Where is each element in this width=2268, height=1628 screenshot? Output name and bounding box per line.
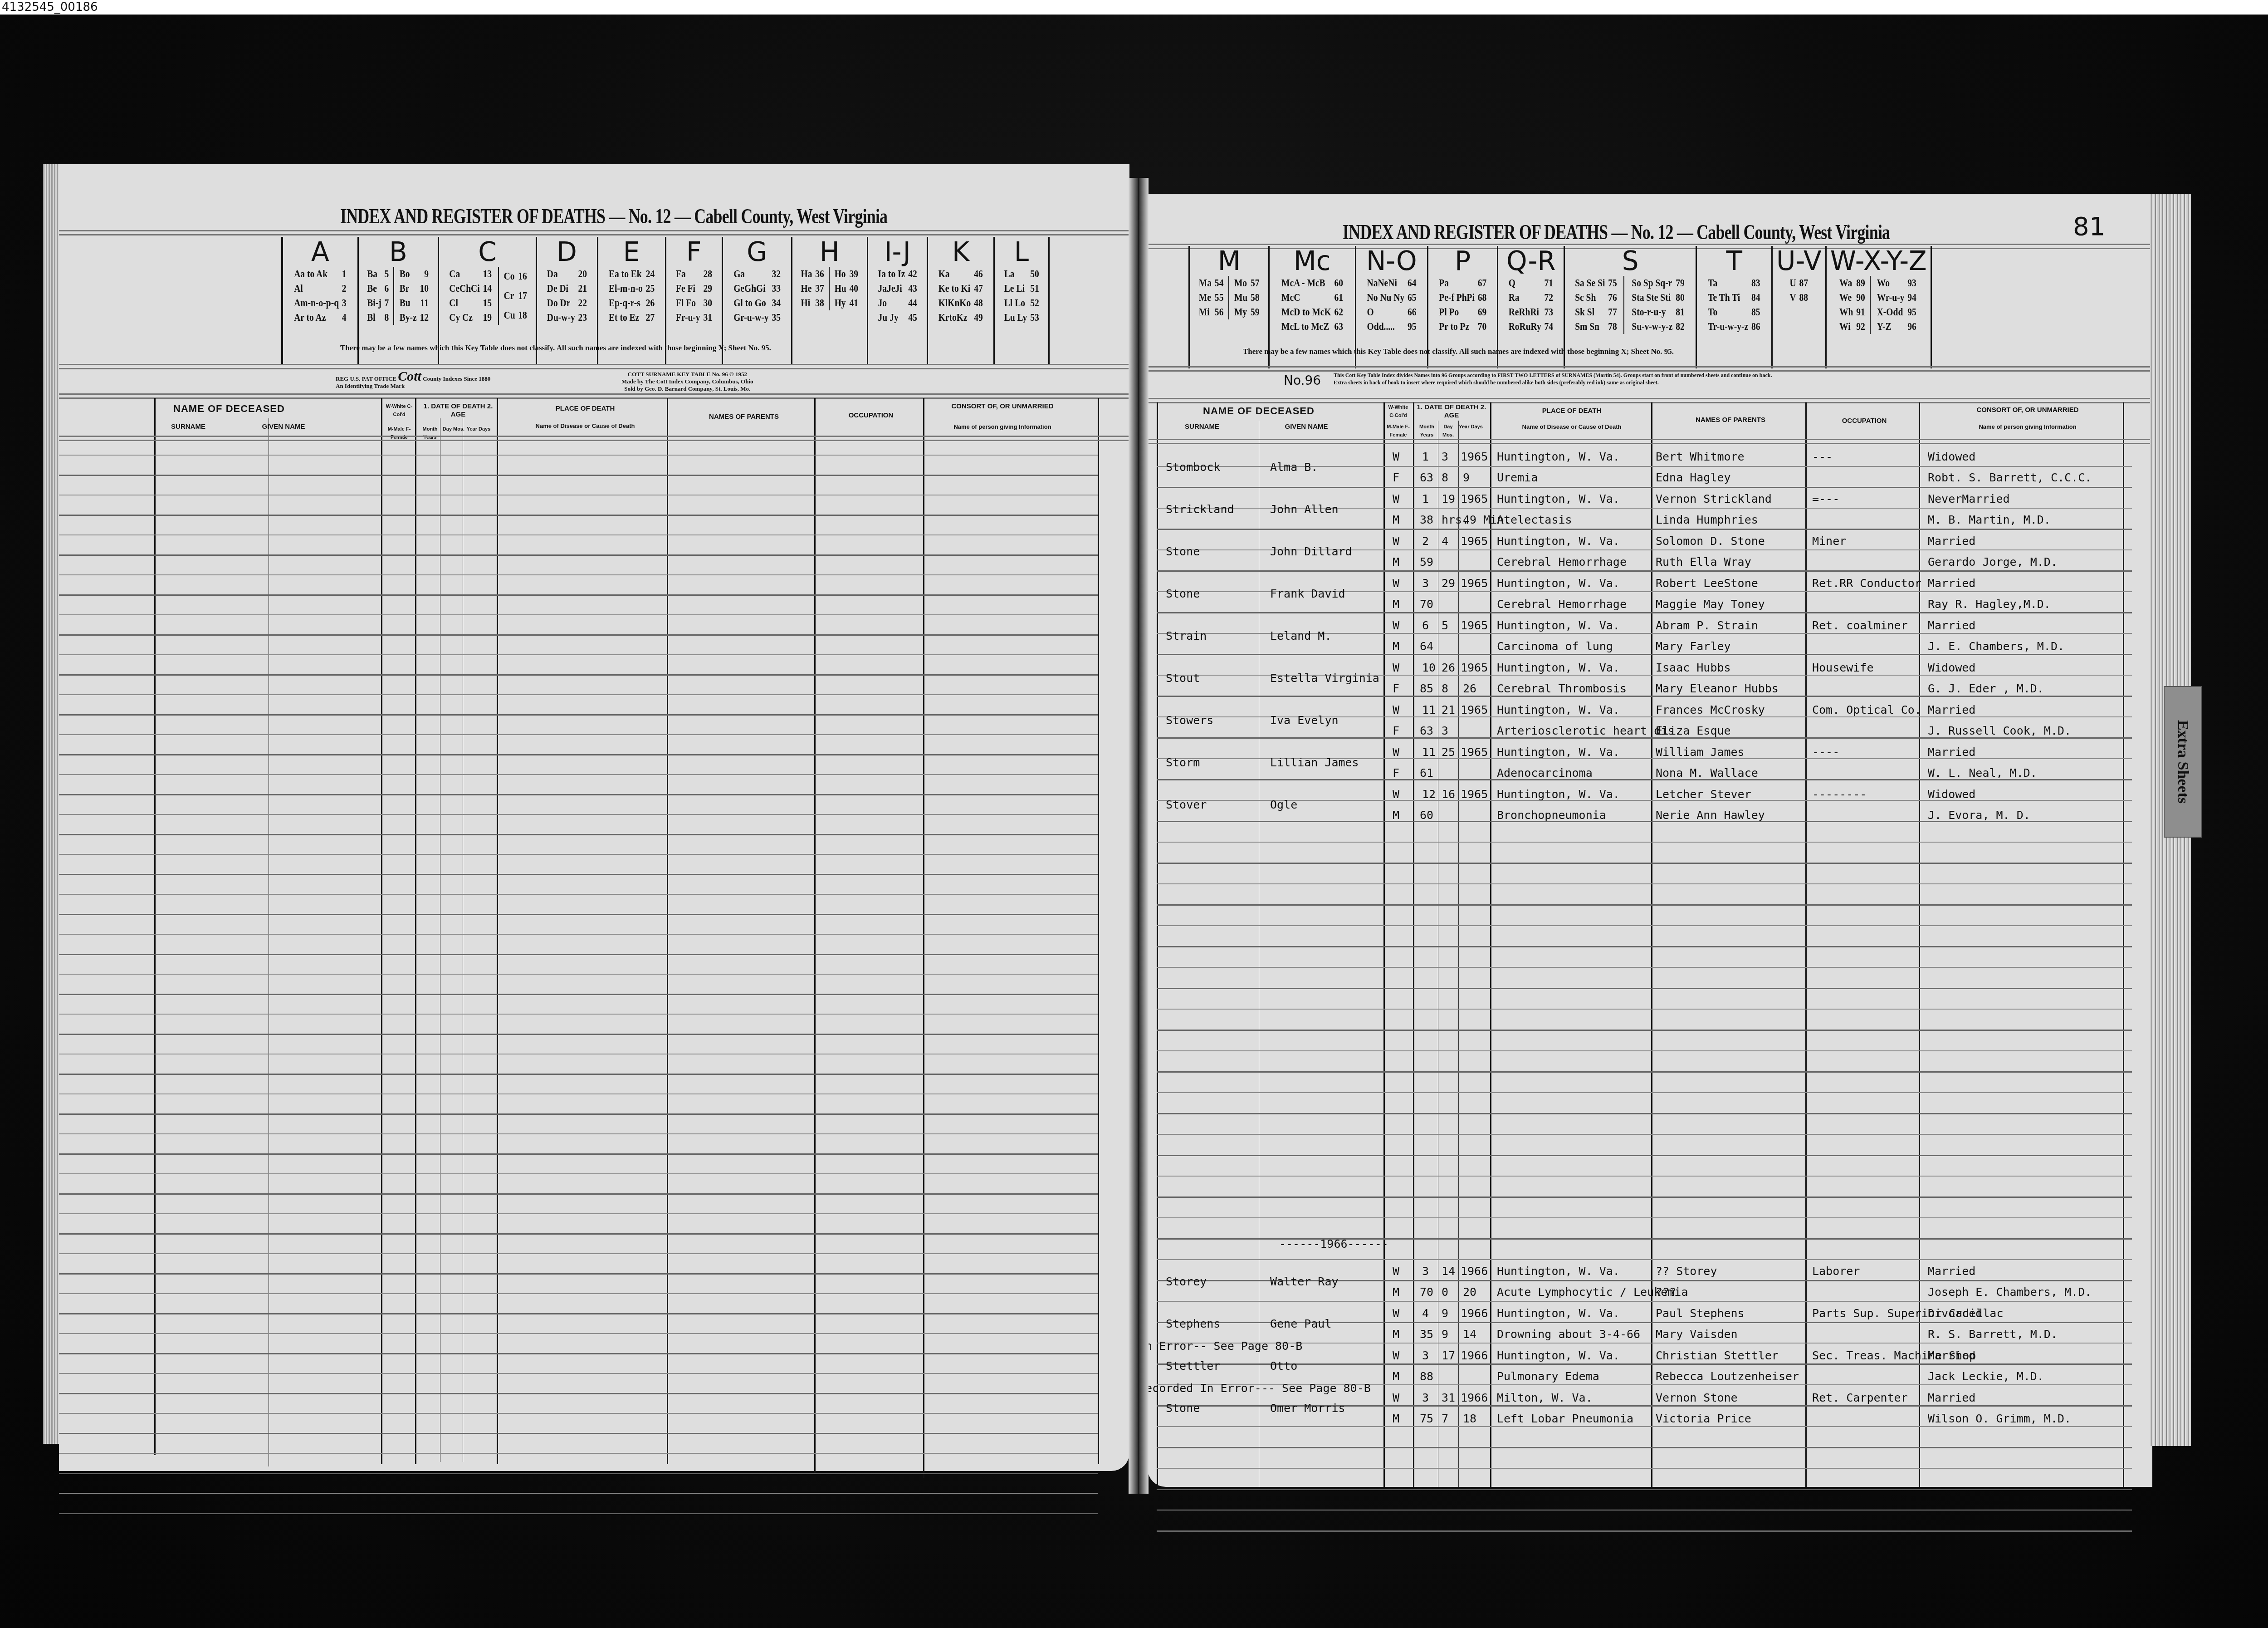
key-cell: Aa to Ak1 bbox=[294, 267, 346, 281]
entry-age-months: 9 bbox=[1442, 1328, 1448, 1341]
key-group-w-x-y-z: W-X-Y-ZWa89We90Wh91Wi92Wo93Wr-u-y94X-Odd… bbox=[1827, 246, 1932, 368]
entry-consort: Widowed bbox=[1928, 661, 1975, 674]
entry-surname: Stone bbox=[1166, 587, 1200, 600]
column-divider bbox=[154, 398, 156, 1455]
key-cell: Sto-r-u-y81 bbox=[1632, 305, 1685, 319]
key-cell: Wr-u-y94 bbox=[1877, 290, 1916, 305]
entry-sex: M bbox=[1393, 555, 1399, 569]
header-year-days: Year Days bbox=[1458, 423, 1483, 431]
rule bbox=[59, 393, 1129, 399]
entry-age-days: 18 bbox=[1463, 1412, 1476, 1425]
column-divider bbox=[814, 398, 816, 1473]
key-cell: Bu11 bbox=[400, 296, 429, 310]
entry-age-years: 63 bbox=[1420, 724, 1433, 737]
ruled-line bbox=[1157, 1343, 2132, 1344]
key-cell: Fr-u-y31 bbox=[676, 310, 712, 325]
entry-correction-note: In Error-- See Page 80-B bbox=[1139, 1339, 1302, 1353]
entry-age-years: 63 bbox=[1420, 471, 1433, 484]
entry-color: W bbox=[1393, 534, 1399, 548]
entry-age-years: 35 bbox=[1420, 1328, 1433, 1341]
entry-age-years: 85 bbox=[1420, 682, 1433, 695]
entry-mother: Nona M. Wallace bbox=[1656, 766, 1758, 780]
key-letter: U-V bbox=[1776, 246, 1822, 276]
header-parents: NAMES OF PARENTS bbox=[1653, 416, 1808, 424]
entry-cause-of-death: Drowning about 3-4-66 bbox=[1497, 1328, 1640, 1341]
key-cell: Hy41 bbox=[835, 296, 858, 310]
rule bbox=[59, 230, 1129, 235]
key-cell: KrtoKz49 bbox=[938, 310, 983, 325]
entry-month: 6 bbox=[1422, 619, 1429, 632]
key-cell: Ha36 bbox=[801, 267, 824, 281]
entry-color: W bbox=[1393, 1349, 1399, 1362]
entry-father: Vernon Stone bbox=[1656, 1391, 1738, 1404]
ruled-line bbox=[59, 634, 1098, 636]
ruled-line bbox=[1157, 1155, 2132, 1156]
entry-occupation: Com. Optical Co. bbox=[1812, 703, 1921, 716]
entry-color: W bbox=[1393, 492, 1399, 505]
key-cell: O66 bbox=[1367, 305, 1416, 319]
entry-occupation: Ret. Carpenter bbox=[1812, 1391, 1908, 1404]
ruled-line bbox=[59, 1233, 1098, 1235]
entry-given-name: Ogle bbox=[1270, 798, 1297, 811]
ruled-line bbox=[59, 574, 1098, 575]
key-letter: T bbox=[1726, 246, 1742, 276]
key-cell: Cu18 bbox=[504, 308, 527, 323]
ruled-line bbox=[1157, 1530, 2132, 1532]
entry-father: ?? Storey bbox=[1656, 1265, 1717, 1278]
entry-place-of-death: Huntington, W. Va. bbox=[1497, 534, 1620, 548]
key-cell: Ba5 bbox=[367, 267, 389, 281]
entry-father: Christian Stettler bbox=[1656, 1349, 1779, 1362]
header-day-mos: Day Mos. bbox=[1438, 423, 1458, 439]
entry-mother: Ruth Ella Wray bbox=[1656, 555, 1751, 569]
ruled-line bbox=[59, 554, 1098, 556]
entry-year: 1965 bbox=[1461, 450, 1488, 463]
entry-age-years: 61 bbox=[1420, 766, 1433, 780]
entry-year: 1965 bbox=[1461, 619, 1488, 632]
key-cell: NaNeNi64 bbox=[1367, 276, 1416, 290]
entry-place-of-death: Huntington, W. Va. bbox=[1497, 1349, 1620, 1362]
entry-given-name: Omer Morris bbox=[1270, 1402, 1345, 1415]
key-cell: Ea to Ek24 bbox=[608, 267, 654, 281]
ruled-line bbox=[1157, 1009, 2132, 1010]
right-page-title: INDEX AND REGISTER OF DEATHS — No. 12 — … bbox=[1343, 220, 1890, 244]
ruled-line bbox=[59, 1373, 1098, 1374]
ruled-line bbox=[59, 1333, 1098, 1334]
image-caption: 4132545_00186 bbox=[0, 0, 2268, 15]
entry-month: 10 bbox=[1422, 661, 1436, 674]
ruled-line bbox=[1157, 654, 2132, 655]
entry-month: 1 bbox=[1422, 492, 1429, 505]
entry-surname: Stone bbox=[1166, 1402, 1200, 1415]
entry-consort: Married bbox=[1928, 619, 1975, 632]
entry-cause-of-death: Cerebral Thrombosis bbox=[1497, 682, 1627, 695]
header-month-years: Month Years bbox=[1414, 423, 1439, 439]
header-given-name: GIVEN NAME bbox=[1256, 423, 1356, 431]
ruled-line bbox=[59, 534, 1098, 535]
entry-informant: Wilson O. Grimm, M.D. bbox=[1928, 1412, 2071, 1425]
entry-color: W bbox=[1393, 619, 1399, 632]
column-divider bbox=[415, 398, 416, 1464]
key-letter: S bbox=[1622, 246, 1639, 276]
entry-sex: M bbox=[1393, 1370, 1399, 1383]
entry-informant: Gerardo Jorge, M.D. bbox=[1928, 555, 2058, 569]
entry-father: Paul Stephens bbox=[1656, 1307, 1745, 1320]
book-gutter bbox=[1129, 178, 1149, 1494]
entry-mother: Edna Hagley bbox=[1656, 471, 1731, 484]
ruled-line bbox=[59, 594, 1098, 596]
entry-month: 3 bbox=[1422, 1391, 1429, 1404]
ruled-line bbox=[1157, 1426, 2132, 1427]
entry-given-name: Otto bbox=[1270, 1359, 1297, 1373]
header-date-age: 1. DATE OF DEATH 2. AGE bbox=[1415, 403, 1488, 420]
entry-consort: Widowed bbox=[1928, 450, 1975, 463]
left-page-edges bbox=[43, 164, 61, 1444]
column-divider bbox=[1805, 402, 1807, 1487]
ruled-line bbox=[59, 1313, 1098, 1314]
entry-month: 11 bbox=[1422, 703, 1436, 716]
entry-consort: Divorced bbox=[1928, 1307, 1982, 1320]
header-parents: NAMES OF PARENTS bbox=[676, 413, 812, 421]
ruled-line bbox=[1157, 883, 2132, 884]
header-given-name: GIVEN NAME bbox=[245, 423, 322, 431]
ruled-line bbox=[1157, 1050, 2132, 1051]
key-cell: Sc Sh76 bbox=[1575, 290, 1617, 305]
entry-mother: Mary Vaisden bbox=[1656, 1328, 1738, 1341]
ruled-line bbox=[1157, 1447, 2132, 1448]
entry-informant: Robt. S. Barrett, C.C.C. bbox=[1928, 471, 2092, 484]
ruled-line bbox=[1157, 570, 2132, 572]
entry-year: 1966 bbox=[1461, 1349, 1488, 1362]
entry-mother: Nerie Ann Hawley bbox=[1656, 809, 1765, 822]
key-letter: W-X-Y-Z bbox=[1830, 246, 1927, 276]
entry-place-of-death: Huntington, W. Va. bbox=[1497, 661, 1620, 674]
ruled-line bbox=[59, 515, 1098, 516]
entry-day: 26 bbox=[1442, 661, 1455, 674]
entry-consort: Married bbox=[1928, 1349, 1975, 1362]
key-cell: Wo93 bbox=[1877, 276, 1916, 290]
ruled-line bbox=[59, 654, 1098, 655]
entry-given-name: Estella Virginia bbox=[1270, 672, 1379, 685]
key-cell: Tr-u-w-y-z86 bbox=[1708, 319, 1760, 334]
key-cell: Mu58 bbox=[1234, 290, 1260, 305]
ruled-line bbox=[59, 974, 1098, 975]
key-letter: E bbox=[623, 237, 640, 267]
key-cell: He37 bbox=[801, 281, 824, 296]
entry-sex: F bbox=[1393, 682, 1399, 695]
column-divider bbox=[1651, 402, 1652, 1487]
ruled-line bbox=[59, 1353, 1098, 1354]
key-cell: Sta Ste Sti80 bbox=[1632, 290, 1685, 305]
ruled-line bbox=[59, 694, 1098, 695]
column-divider bbox=[1458, 421, 1459, 1487]
ruled-line bbox=[1157, 842, 2132, 843]
entry-surname: Storm bbox=[1166, 756, 1200, 769]
year-separator: ------1966------ bbox=[1279, 1237, 1388, 1250]
key-table-note: There may be a few names which this Key … bbox=[340, 343, 771, 353]
entry-occupation: ---- bbox=[1812, 745, 1839, 759]
entry-occupation: Ret.RR Conductor bbox=[1812, 577, 1921, 590]
ruled-line bbox=[1157, 1071, 2132, 1073]
key-cell: Ar to Az4 bbox=[294, 310, 346, 325]
entry-day: 3 bbox=[1442, 450, 1448, 463]
entry-occupation: --- bbox=[1812, 450, 1833, 463]
ruled-line bbox=[59, 1054, 1098, 1054]
key-cell: De Di21 bbox=[547, 281, 587, 296]
column-divider bbox=[1098, 398, 1099, 1464]
entry-occupation: Ret. coalminer bbox=[1812, 619, 1908, 632]
key-cell: Hu40 bbox=[835, 281, 858, 296]
entry-month: 1 bbox=[1422, 450, 1429, 463]
entry-surname: Stettler bbox=[1166, 1359, 1220, 1373]
entry-given-name: Walter Ray bbox=[1270, 1275, 1339, 1288]
key-cell: McC61 bbox=[1281, 290, 1343, 305]
entry-consort: Married bbox=[1928, 703, 1975, 716]
ruled-line bbox=[59, 894, 1098, 895]
key-cell: We90 bbox=[1839, 290, 1865, 305]
ruled-line bbox=[59, 754, 1098, 755]
ruled-line bbox=[59, 674, 1098, 676]
key-cell: So Sp Sq-r79 bbox=[1632, 276, 1685, 290]
key-cell: Ga32 bbox=[733, 267, 781, 281]
entry-color: W bbox=[1393, 745, 1399, 759]
entry-surname: Stout bbox=[1166, 672, 1200, 685]
entry-year: 1965 bbox=[1461, 703, 1488, 716]
entry-occupation: Miner bbox=[1812, 534, 1846, 548]
key-cell: Mo57 bbox=[1234, 276, 1260, 290]
entry-informant: W. L. Neal, M.D. bbox=[1928, 766, 2037, 780]
key-cell: Br10 bbox=[400, 281, 429, 296]
entry-surname: Stephens bbox=[1166, 1317, 1220, 1330]
ruled-line bbox=[59, 954, 1098, 955]
key-cell: Me55 bbox=[1199, 290, 1224, 305]
key-letter: Mc bbox=[1294, 246, 1331, 276]
key-cell: Ju Jy45 bbox=[878, 310, 917, 325]
entry-age-years: 88 bbox=[1420, 1370, 1433, 1383]
entry-year: 1966 bbox=[1461, 1307, 1488, 1320]
entry-informant: M. B. Martin, M.D. bbox=[1928, 513, 2051, 526]
entry-age-years: 64 bbox=[1420, 640, 1433, 653]
entry-consort: NeverMarried bbox=[1928, 492, 2010, 505]
rule bbox=[1148, 439, 2152, 444]
entry-month: 3 bbox=[1422, 1349, 1429, 1362]
ruled-line bbox=[59, 1094, 1098, 1094]
key-cell: Te Th Ti84 bbox=[1708, 290, 1760, 305]
key-cell: To85 bbox=[1708, 305, 1760, 319]
ruled-line bbox=[59, 1273, 1098, 1275]
publisher-imprint: COTT SURNAME KEY TABLE No. 96 © 1952 Mad… bbox=[621, 371, 753, 392]
entry-age-months: 7 bbox=[1442, 1412, 1448, 1425]
entry-cause-of-death: Cerebral Hemorrhage bbox=[1497, 598, 1627, 611]
key-cell: Wh91 bbox=[1839, 305, 1865, 319]
key-group-t: TTa83Te Th Ti84To85Tr-u-w-y-z86 bbox=[1697, 246, 1773, 368]
entry-father: Isaac Hubbs bbox=[1656, 661, 1731, 674]
ruled-line bbox=[1157, 1176, 2132, 1177]
entry-color: W bbox=[1393, 450, 1399, 463]
key-cell: Cr17 bbox=[504, 289, 527, 303]
ruled-line bbox=[59, 1393, 1098, 1394]
entry-year: 1965 bbox=[1461, 788, 1488, 801]
extra-sheets-tab[interactable]: Extra Sheets bbox=[2164, 686, 2202, 838]
entry-father: Solomon D. Stone bbox=[1656, 534, 1765, 548]
entry-color: W bbox=[1393, 661, 1399, 674]
key-cell: Pe-f PhPi68 bbox=[1439, 290, 1486, 305]
key-cell: KlKnKo48 bbox=[938, 296, 983, 310]
key-letter: A bbox=[311, 237, 329, 267]
header-occupation: OCCUPATION bbox=[821, 412, 921, 420]
key-cell: RoRuRy74 bbox=[1509, 319, 1553, 334]
entry-place-of-death: Huntington, W. Va. bbox=[1497, 577, 1620, 590]
ruled-line bbox=[59, 1213, 1098, 1214]
key-letter: H bbox=[820, 237, 840, 267]
key-letter: L bbox=[1014, 237, 1029, 267]
entry-place-of-death: Huntington, W. Va. bbox=[1497, 703, 1620, 716]
key-cell: Ka46 bbox=[938, 267, 983, 281]
entry-given-name: Alma B. bbox=[1270, 461, 1318, 474]
rule bbox=[1148, 366, 2152, 372]
scan-background: INDEX AND REGISTER OF DEATHS — No. 12 — … bbox=[0, 15, 2268, 1628]
entry-father: Frances McCrosky bbox=[1656, 703, 1765, 716]
ruled-line bbox=[1157, 1301, 2132, 1302]
key-cell: Cl15 bbox=[449, 296, 492, 310]
ruled-line bbox=[59, 1074, 1098, 1075]
header-name-of-deceased: NAME OF DECEASED bbox=[1157, 407, 1361, 415]
key-cell: Hi38 bbox=[801, 296, 824, 310]
key-cell: CeChCi14 bbox=[449, 281, 492, 296]
key-group-l: LLa50Le Li51Ll Lo52Lu Ly53 bbox=[995, 237, 1050, 364]
header-cause: Name of Disease or Cause of Death bbox=[1495, 423, 1649, 431]
entry-age-days: 20 bbox=[1463, 1285, 1476, 1299]
entry-year: 1965 bbox=[1461, 745, 1488, 759]
key-cell: Ta83 bbox=[1708, 276, 1760, 290]
key-cell: Du-w-y23 bbox=[547, 310, 587, 325]
entry-age-months: 8 bbox=[1442, 471, 1448, 484]
ruled-line bbox=[1157, 737, 2132, 739]
entry-surname: Storey bbox=[1166, 1275, 1207, 1288]
key-cell: Wa89 bbox=[1839, 276, 1865, 290]
key-cell: Y-Z96 bbox=[1877, 319, 1916, 334]
entry-age-days: 14 bbox=[1463, 1328, 1476, 1341]
key-cell: Pl Po69 bbox=[1439, 305, 1486, 319]
entry-cause-of-death: Carcinoma of lung bbox=[1497, 640, 1613, 653]
entry-day: 5 bbox=[1442, 619, 1448, 632]
entry-sex: M bbox=[1393, 809, 1399, 822]
entry-day: 14 bbox=[1442, 1265, 1455, 1278]
key-cell: McD to McK62 bbox=[1281, 305, 1343, 319]
key-cell: Fa28 bbox=[676, 267, 712, 281]
key-group-k: KKa46Ke to Ki47KlKnKo48KrtoKz49 bbox=[928, 237, 994, 364]
key-cell: Odd.....95 bbox=[1367, 319, 1416, 334]
ruled-line bbox=[59, 1293, 1098, 1294]
entry-given-name: Gene Paul bbox=[1270, 1317, 1331, 1330]
key-cell: Mi56 bbox=[1199, 305, 1224, 319]
ruled-line bbox=[1157, 863, 2132, 864]
entry-age-years: 38 bbox=[1420, 513, 1433, 526]
entry-year: 1965 bbox=[1461, 661, 1488, 674]
ruled-line bbox=[59, 774, 1098, 775]
ruled-line bbox=[1157, 904, 2132, 906]
header-consort: CONSORT OF, OR UNMARRIED bbox=[1923, 406, 2132, 414]
key-cell: Fe Fi29 bbox=[676, 281, 712, 296]
ruled-line bbox=[1157, 967, 2132, 968]
ruled-line bbox=[59, 814, 1098, 815]
ruled-line bbox=[59, 854, 1098, 855]
entry-sex: F bbox=[1393, 471, 1399, 484]
header-color: W-White C-Col'd bbox=[386, 402, 413, 419]
key-cell: My59 bbox=[1234, 305, 1260, 319]
entry-informant: R. S. Barrett, M.D. bbox=[1928, 1328, 2058, 1341]
key-cell: La50 bbox=[1004, 267, 1039, 281]
entry-sex: M bbox=[1393, 1328, 1399, 1341]
ruled-line bbox=[59, 1493, 1098, 1494]
entry-age-days: 9 bbox=[1463, 471, 1470, 484]
key-cell: By-z12 bbox=[400, 310, 429, 325]
key-cell: Be6 bbox=[367, 281, 389, 296]
key-cell: Pr to Pz70 bbox=[1439, 319, 1486, 334]
entry-informant: G. J. Eder , M.D. bbox=[1928, 682, 2044, 695]
ruled-line bbox=[59, 794, 1098, 795]
header-place-of-death: PLACE OF DEATH bbox=[508, 405, 662, 413]
entry-cause-of-death: Atelectasis bbox=[1497, 513, 1572, 526]
entry-color: W bbox=[1393, 788, 1399, 801]
entry-color: W bbox=[1393, 577, 1399, 590]
entry-day: 9 bbox=[1442, 1307, 1448, 1320]
entry-mother: Eliza Esque bbox=[1656, 724, 1731, 737]
entry-consort: Married bbox=[1928, 1265, 1975, 1278]
key-cell: McL to McZ63 bbox=[1281, 319, 1343, 334]
entry-occupation: Laborer bbox=[1812, 1265, 1860, 1278]
entry-month: 4 bbox=[1422, 1307, 1429, 1320]
key-cell: Bi-j7 bbox=[367, 296, 389, 310]
key-cell: El-m-n-o25 bbox=[608, 281, 654, 296]
key-cell: Le Li51 bbox=[1004, 281, 1039, 296]
entry-informant: J. E. Chambers, M.D. bbox=[1928, 640, 2064, 653]
entry-occupation: Housewife bbox=[1812, 661, 1873, 674]
entry-month: 3 bbox=[1422, 1265, 1429, 1278]
ruled-line bbox=[59, 1034, 1098, 1035]
right-page: INDEX AND REGISTER OF DEATHS — No. 12 — … bbox=[1148, 194, 2152, 1487]
key-cell: Am-n-o-p-q3 bbox=[294, 296, 346, 310]
ruled-line bbox=[1157, 1030, 2132, 1031]
entry-given-name: Lillian James bbox=[1270, 756, 1359, 769]
header-sex: M-Male F-Female bbox=[1386, 423, 1411, 439]
key-cell: Sm Sn78 bbox=[1575, 319, 1617, 334]
ruled-line bbox=[1157, 696, 2132, 697]
key-cell: Da20 bbox=[547, 267, 587, 281]
ruled-line bbox=[1157, 1134, 2132, 1135]
key-letter: N-O bbox=[1366, 246, 1417, 276]
ruled-line bbox=[1157, 988, 2132, 989]
entry-cause-of-death: Adenocarcinoma bbox=[1497, 766, 1593, 780]
ruled-line bbox=[1157, 800, 2132, 801]
key-cell: No Nu Ny65 bbox=[1367, 290, 1416, 305]
key-group-i-j: I-JIa to Iz42JaJeJi43Jo44Ju Jy45 bbox=[868, 237, 928, 364]
entry-consort: Married bbox=[1928, 745, 1975, 759]
entry-surname: Stover bbox=[1166, 798, 1207, 811]
entry-day: 25 bbox=[1442, 745, 1455, 759]
entry-consort: Married bbox=[1928, 1391, 1975, 1404]
header-consort: CONSORT OF, OR UNMARRIED bbox=[934, 402, 1070, 411]
entry-month: 2 bbox=[1422, 534, 1429, 548]
entry-year: 1965 bbox=[1461, 492, 1488, 505]
key-cell: Co16 bbox=[504, 269, 527, 284]
entry-year: 1966 bbox=[1461, 1265, 1488, 1278]
entry-place-of-death: Huntington, W. Va. bbox=[1497, 450, 1620, 463]
key-cell: Ma54 bbox=[1199, 276, 1224, 290]
key-cell: Jo44 bbox=[878, 296, 917, 310]
key-cell: Ho39 bbox=[835, 267, 858, 281]
entry-correction-note: Recorded In Error--- See Page 80-B bbox=[1139, 1382, 1371, 1395]
